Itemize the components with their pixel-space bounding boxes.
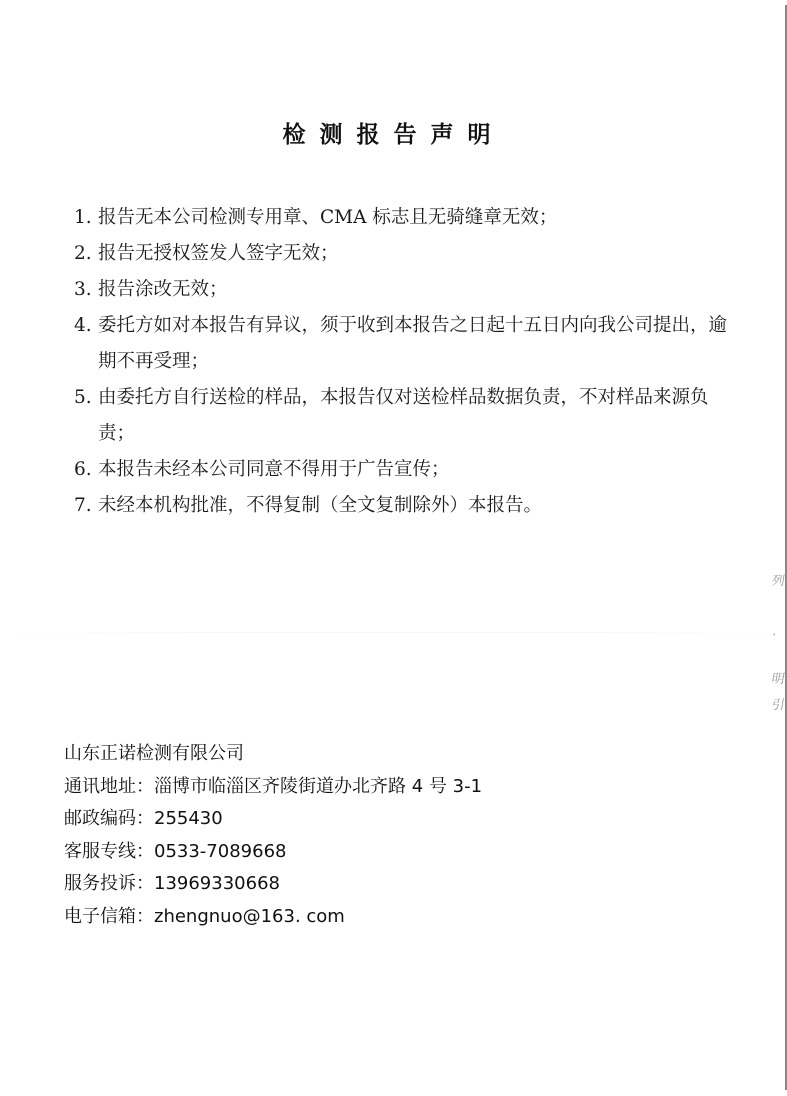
complaint-label: 服务投诉：	[64, 873, 154, 894]
address-line: 通讯地址：淄博市临淄区齐陵街道办北齐路 4 号 3-1	[64, 771, 482, 804]
notice-text: 报告无授权签发人签字无效；	[98, 236, 734, 272]
notice-text: 未经本机构批准，不得复制（全文复制除外）本报告。	[98, 488, 734, 524]
seal-fragment-mark: ·	[771, 628, 778, 643]
postcode-line: 邮政编码：255430	[64, 803, 482, 836]
service-line: 客服专线：0533-7089668	[64, 836, 482, 869]
notice-number: 1.	[74, 200, 98, 236]
notice-item-4: 4. 委托方如对本报告有异议，须于收到本报告之日起十五日内向我公司提出，逾期不再…	[74, 308, 734, 380]
notice-number: 6.	[74, 452, 98, 488]
address-label: 通讯地址：	[64, 776, 154, 797]
notice-item-3: 3. 报告涂改无效；	[74, 272, 734, 308]
document-page: 检测报告声明 1. 报告无本公司检测专用章、CMA 标志且无骑缝章无效； 2. …	[0, 0, 787, 1096]
postcode-label: 邮政编码：	[64, 808, 154, 829]
notice-list: 1. 报告无本公司检测专用章、CMA 标志且无骑缝章无效； 2. 报告无授权签发…	[74, 200, 734, 524]
notice-item-6: 6. 本报告未经本公司同意不得用于广告宣传；	[74, 452, 734, 488]
address-value: 淄博市临淄区齐陵街道办北齐路 4 号 3-1	[154, 776, 482, 797]
notice-text: 报告涂改无效；	[98, 272, 734, 308]
notice-number: 4.	[74, 308, 98, 380]
scan-fold-line	[0, 632, 787, 633]
page-edge-line	[785, 5, 787, 1090]
notice-text: 本报告未经本公司同意不得用于广告宣传；	[98, 452, 734, 488]
notice-item-1: 1. 报告无本公司检测专用章、CMA 标志且无骑缝章无效；	[74, 200, 734, 236]
notice-text: 由委托方自行送检的样品，本报告仅对送检样品数据负责，不对样品来源负责；	[98, 380, 734, 452]
notice-text: 委托方如对本报告有异议，须于收到本报告之日起十五日内向我公司提出，逾期不再受理；	[98, 308, 734, 380]
notice-item-5: 5. 由委托方自行送检的样品，本报告仅对送检样品数据负责，不对样品来源负责；	[74, 380, 734, 452]
notice-item-2: 2. 报告无授权签发人签字无效；	[74, 236, 734, 272]
notice-number: 7.	[74, 488, 98, 524]
notice-number: 2.	[74, 236, 98, 272]
notice-number: 5.	[74, 380, 98, 452]
email-line: 电子信箱：zhengnuo@163. com	[64, 901, 482, 934]
email-value: zhengnuo@163. com	[154, 906, 345, 927]
postcode-value: 255430	[154, 808, 223, 829]
service-value: 0533-7089668	[154, 841, 286, 862]
contact-block: 山东正诺检测有限公司 通讯地址：淄博市临淄区齐陵街道办北齐路 4 号 3-1 邮…	[64, 738, 482, 934]
notice-text: 报告无本公司检测专用章、CMA 标志且无骑缝章无效；	[98, 200, 734, 236]
notice-number: 3.	[74, 272, 98, 308]
complaint-line: 服务投诉：13969330668	[64, 868, 482, 901]
company-name: 山东正诺检测有限公司	[64, 738, 482, 771]
notice-item-7: 7. 未经本机构批准，不得复制（全文复制除外）本报告。	[74, 488, 734, 524]
email-label: 电子信箱：	[64, 906, 154, 927]
document-title: 检测报告声明	[0, 116, 787, 149]
service-label: 客服专线：	[64, 841, 154, 862]
complaint-value: 13969330668	[154, 873, 280, 894]
